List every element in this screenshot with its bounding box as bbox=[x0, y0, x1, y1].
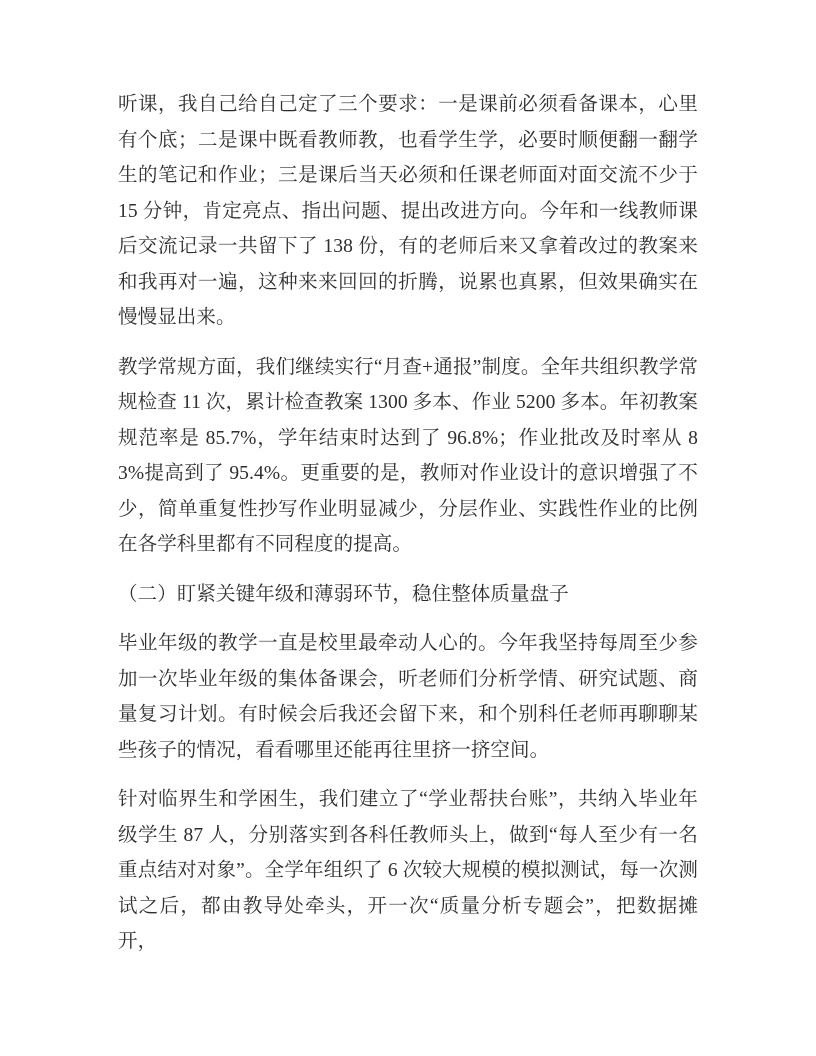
document-page: 听课，我自己给自己定了三个要求：一是课前必须看备课本，心里有个底；二是课中既看教… bbox=[0, 0, 816, 1056]
paragraph-student-support-ledger: 针对临界生和学困生，我们建立了“学业帮扶台账”，共纳入毕业年级学生 87 人，分… bbox=[118, 782, 698, 960]
paragraph-teaching-routine-inspection: 教学常规方面，我们继续实行“月查+通报”制度。全年共组织教学常规检查 11 次，… bbox=[118, 350, 698, 563]
section-heading-key-grades-weak-links: （二）盯紧关键年级和薄弱环节，稳住整体质量盘子 bbox=[118, 577, 698, 613]
paragraph-graduating-grade-teaching: 毕业年级的教学一直是校里最牵动人心的。今年我坚持每周至少参加一次毕业年级的集体备… bbox=[118, 626, 698, 768]
paragraph-classroom-observation-requirements: 听课，我自己给自己定了三个要求：一是课前必须看备课本，心里有个底；二是课中既看教… bbox=[118, 87, 698, 336]
